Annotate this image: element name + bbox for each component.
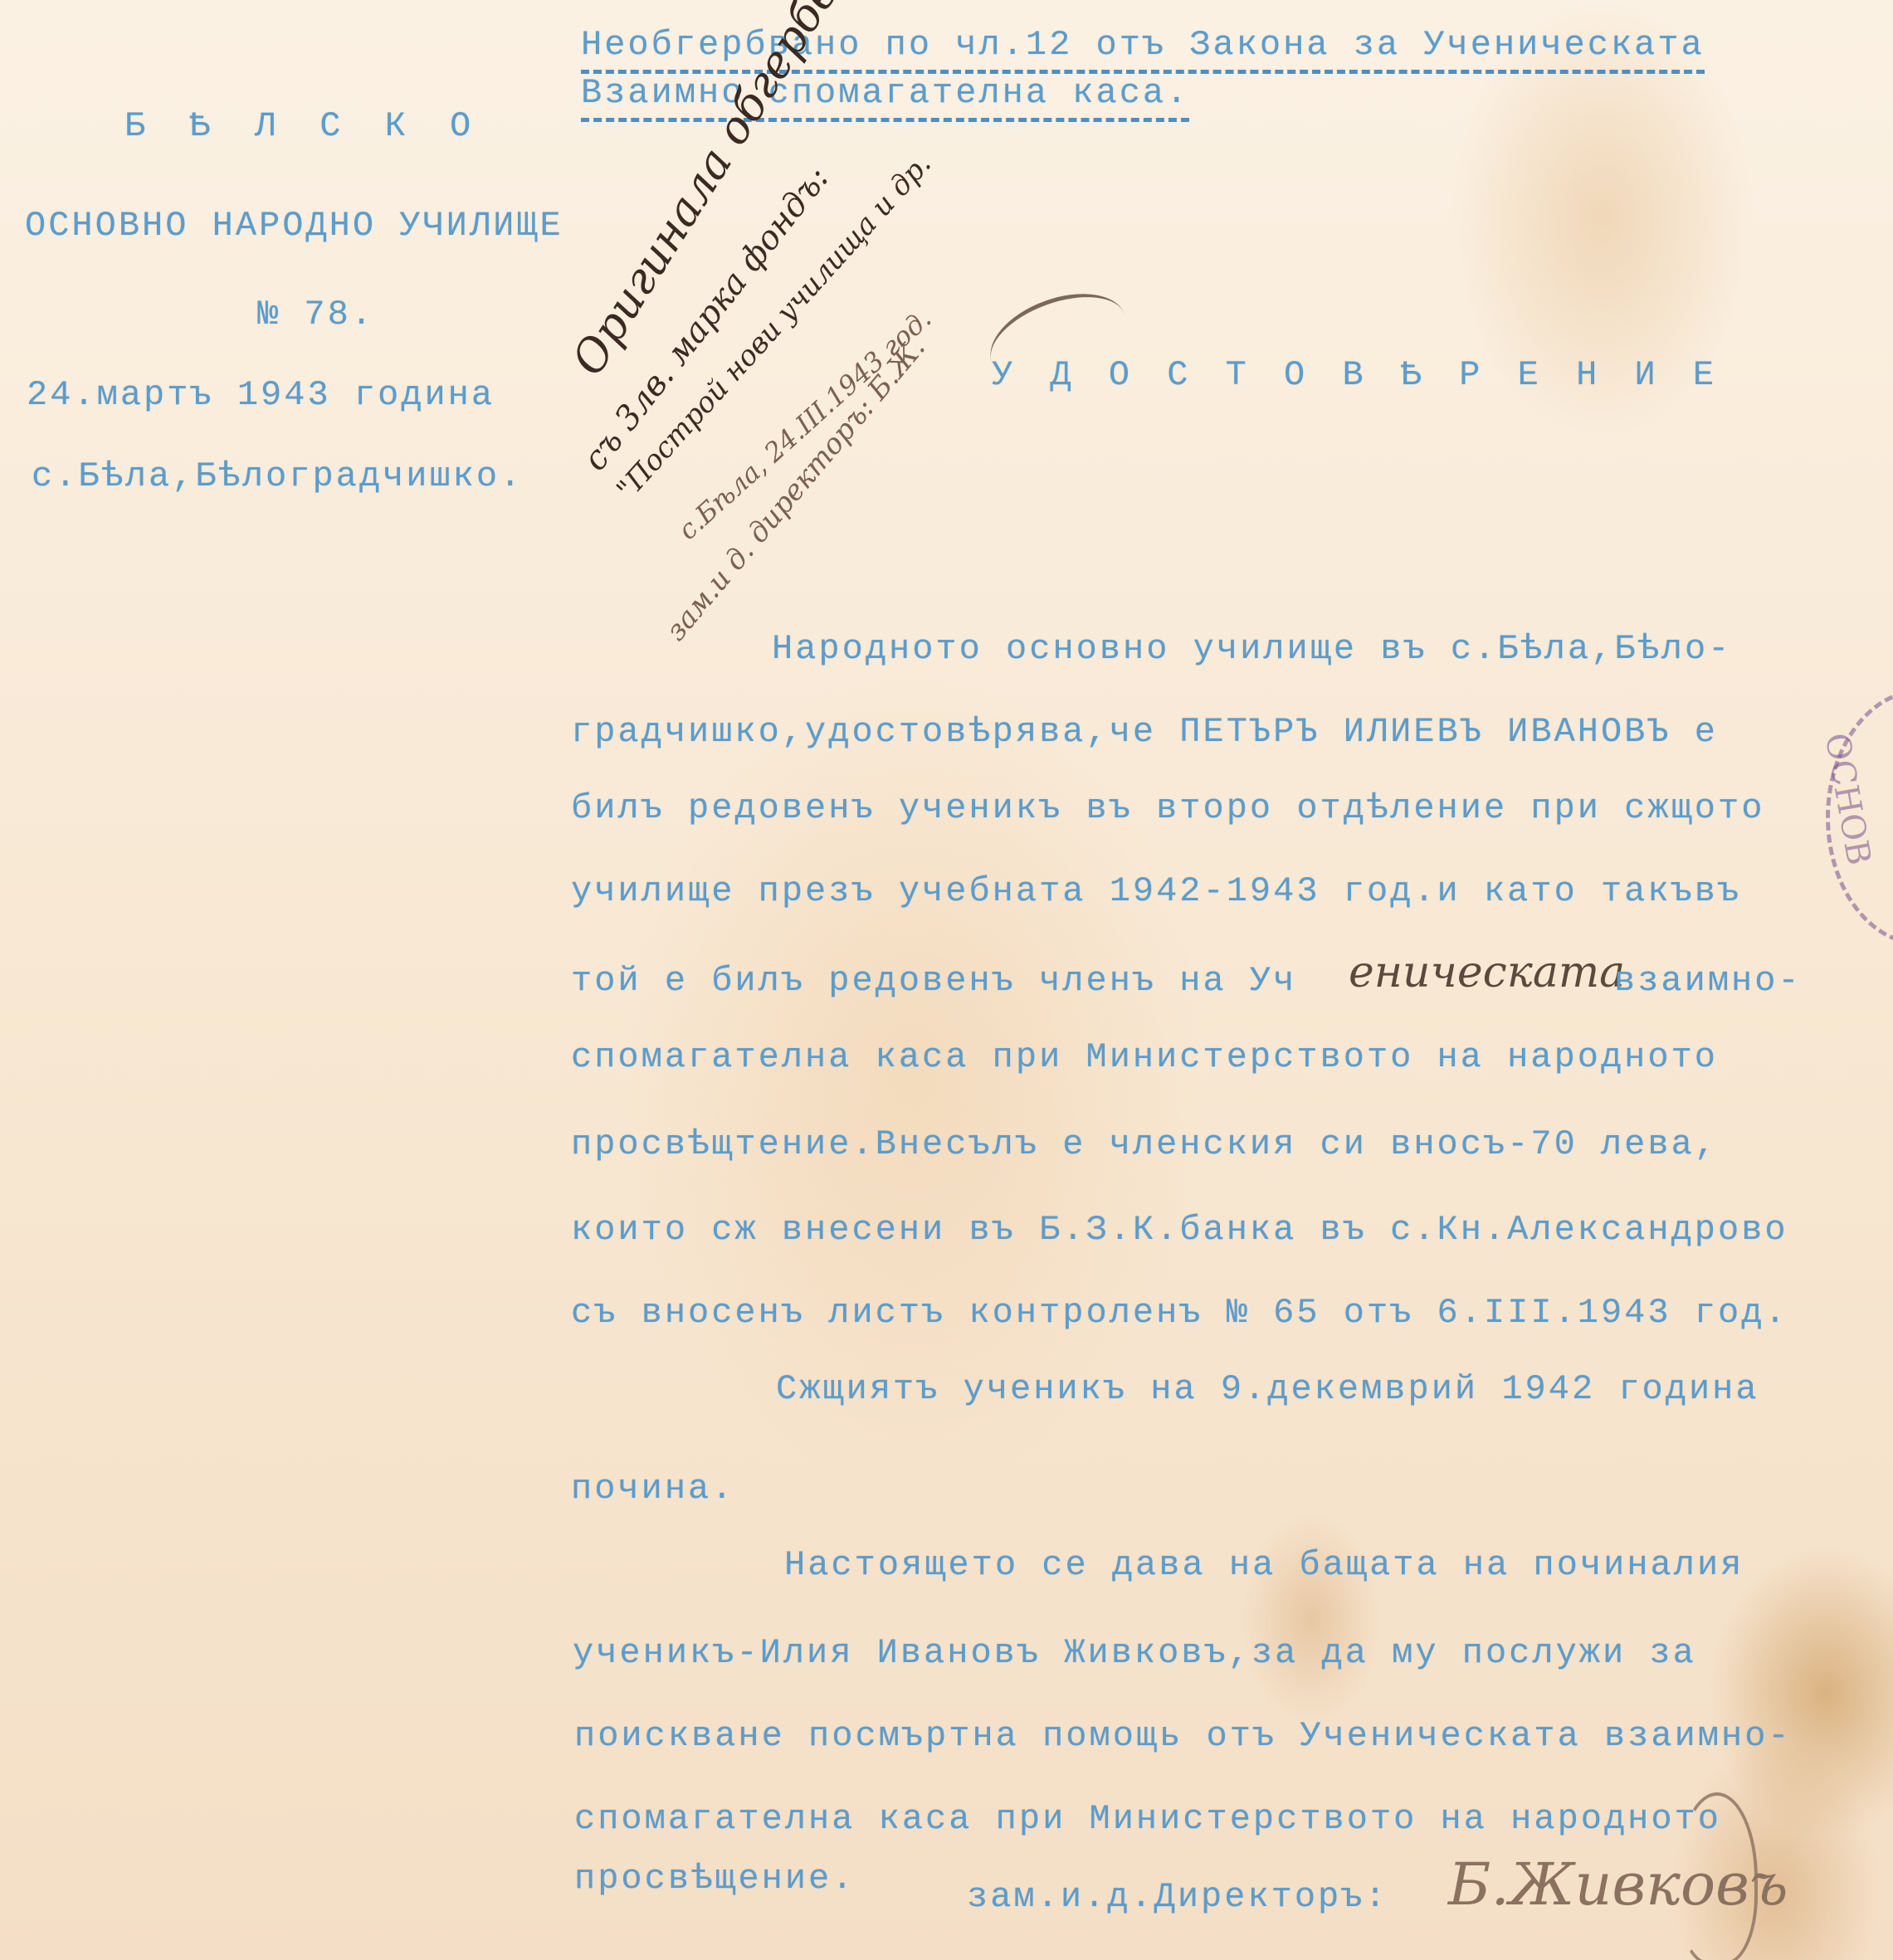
body-line-14: поискване посмъртна помощь отъ Ученическ…	[574, 1716, 1792, 1756]
letterhead-district: Б Ѣ Л С К О	[124, 106, 482, 146]
body-line-3: билъ редовенъ ученикъ въ второ отдѣление…	[571, 788, 1764, 828]
exemption-note-line-2: Взаимно спомагателна каса.	[581, 73, 1189, 122]
letterhead-date: 24.мартъ 1943 година	[27, 375, 495, 415]
body-line-10: Сжщиятъ ученикъ на 9.декемврий 1942 годи…	[776, 1369, 1759, 1409]
handwritten-line-5: зам.и д. директоръ: Б.Ж.	[659, 331, 932, 647]
body-line-2: градчишко,удостовѣрява,че ПЕТЪРЪ ИЛИЕВЪ …	[571, 712, 1718, 752]
letterhead-school: ОСНОВНО НАРОДНО УЧИЛИЩЕ	[25, 206, 564, 246]
body-line-5: той е билъ редовенъ членъ на Уч	[571, 961, 1296, 1001]
body-line-9: съ вносенъ листъ контроленъ № 65 отъ 6.I…	[571, 1293, 1788, 1333]
body-line-4: училище презъ учебната 1942-1943 год.и к…	[571, 871, 1741, 911]
body-line-13: ученикъ-Илия Ивановъ Живковъ,за да му по…	[573, 1633, 1696, 1673]
body-line-16: просвѣщение.	[574, 1859, 855, 1899]
body-line-12: Настоящето се дава на бащата на починали…	[784, 1545, 1744, 1585]
signature-label: зам.и.д.Директоръ:	[967, 1877, 1388, 1917]
body-line-8: които сж внесени въ Б.З.К.банка въ с.Кн.…	[571, 1210, 1788, 1250]
body-line-7: просвѣщтение.Внесълъ е членския си вносъ…	[571, 1124, 1718, 1164]
body-line-5-tail: взаимно-	[1614, 961, 1802, 1001]
body-line-11: почина.	[571, 1469, 734, 1509]
signature-loop	[1676, 1792, 1758, 1960]
handwritten-correction: еническата	[1349, 948, 1625, 997]
body-line-1: Народното основно училище въ с.Бѣла,Бѣло…	[772, 629, 1731, 669]
body-line-15: спомагателна каса при Министерството на …	[574, 1799, 1721, 1839]
letterhead-place: с.Бѣла,Бѣлоградчишко.	[32, 456, 523, 496]
body-line-6: спомагателна каса при Министерството на …	[571, 1037, 1718, 1077]
letterhead-number: № 78.	[257, 295, 374, 334]
document-title: У Д О С Т О В Ѣ Р Е Н И Е	[992, 355, 1722, 395]
